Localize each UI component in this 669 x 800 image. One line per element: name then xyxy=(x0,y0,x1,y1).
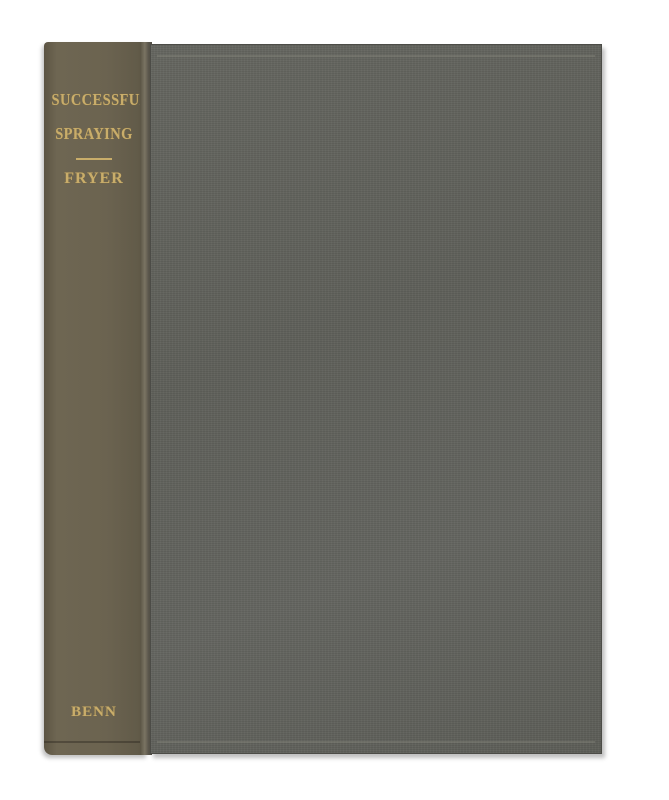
book-spine: SUCCESSFUL SPRAYING FRYER BENN xyxy=(44,42,148,755)
spine-title-line-2: SPRAYING xyxy=(52,124,137,144)
spine-title-line-1: SUCCESSFUL xyxy=(52,90,137,110)
cover-top-edge xyxy=(157,55,595,57)
spine-author: FRYER xyxy=(44,170,144,188)
book: SUCCESSFUL SPRAYING FRYER BENN xyxy=(44,42,600,755)
spine-gilt-rule xyxy=(76,158,112,160)
spine-publisher: BENN xyxy=(44,704,144,721)
front-cover xyxy=(150,44,602,754)
cover-bottom-edge xyxy=(157,741,595,743)
